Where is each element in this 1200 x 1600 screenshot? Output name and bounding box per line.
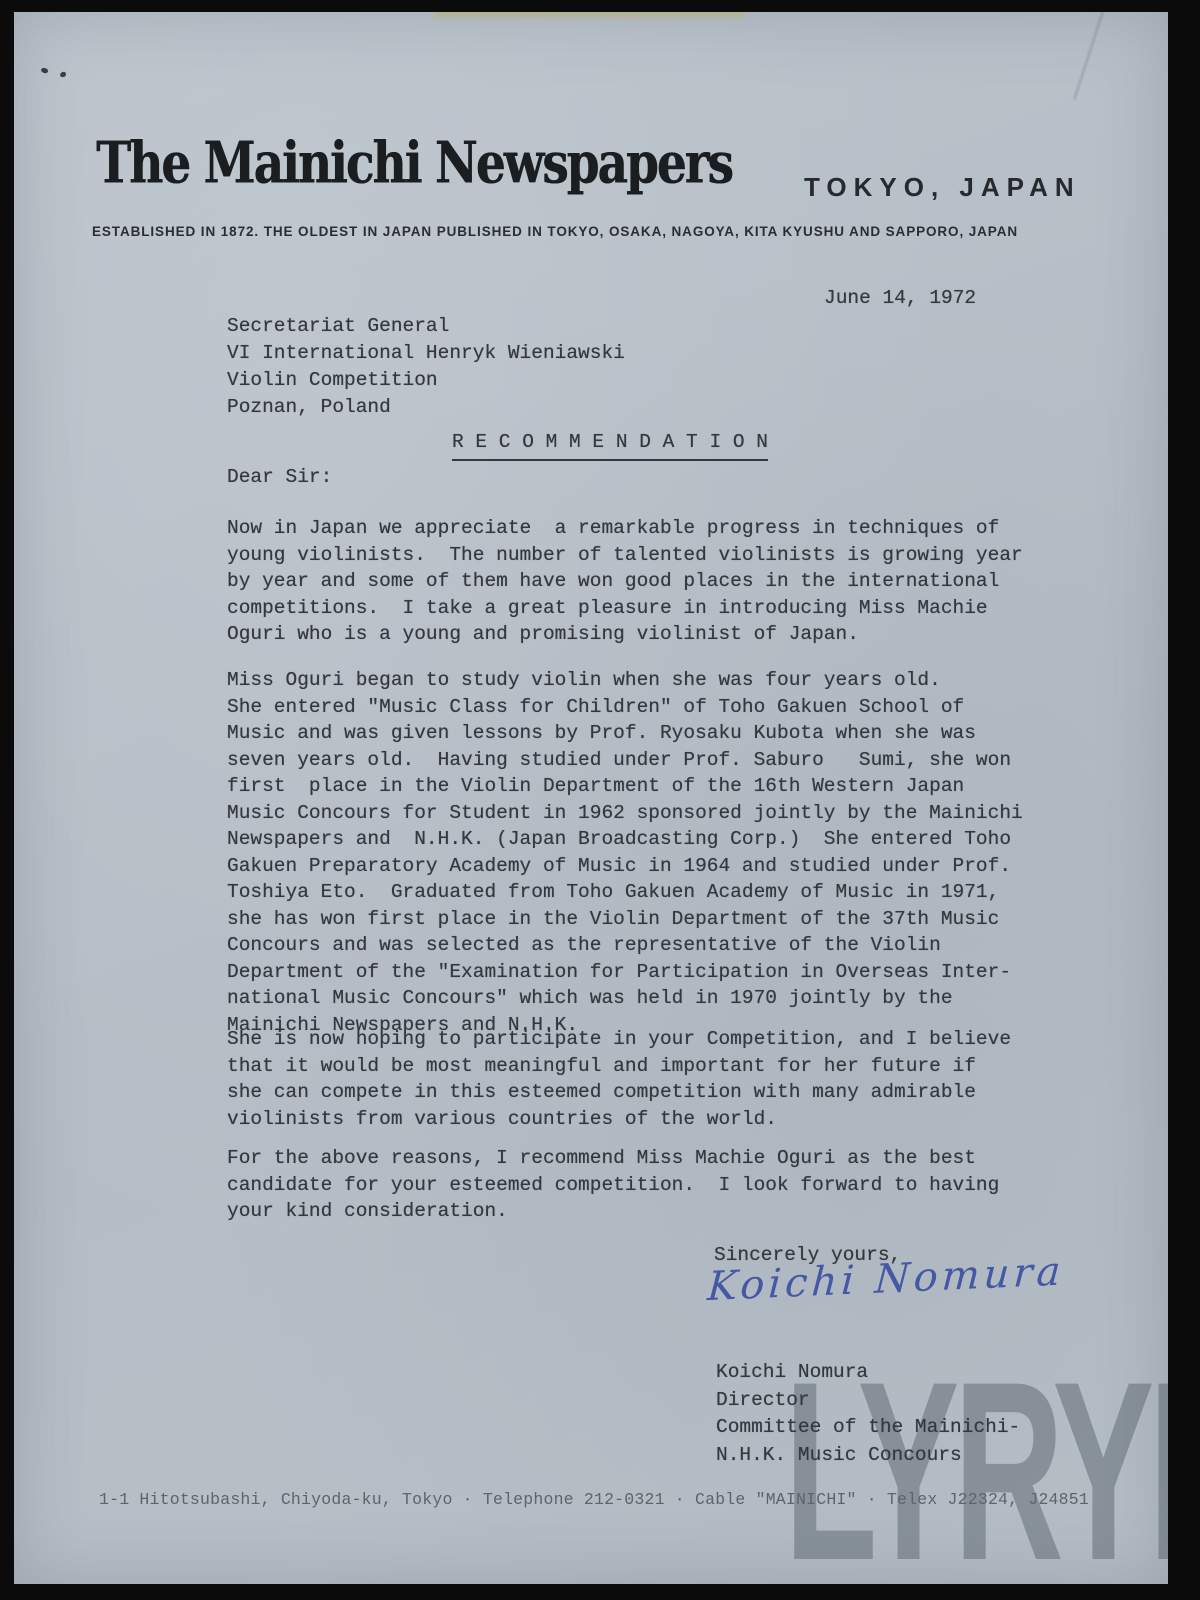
letter-paragraph: She is now hoping to participate in your… bbox=[227, 1026, 1011, 1132]
ink-speck bbox=[59, 71, 66, 77]
paper-crease bbox=[1073, 12, 1168, 128]
letterhead-tagline: ESTABLISHED IN 1872. THE OLDEST IN JAPAN… bbox=[92, 224, 1018, 239]
letter-paragraph: Now in Japan we appreciate a remarkable … bbox=[227, 515, 1023, 648]
footer-address: 1-1 Hitotsubashi, Chiyoda-ku, Tokyo · Te… bbox=[99, 1489, 1089, 1511]
signer-details: Koichi Nomura Director Committee of the … bbox=[716, 1359, 1020, 1469]
recommendation-heading: R E C O M M E N D A T I O N bbox=[452, 429, 768, 461]
salutation: Dear Sir: bbox=[227, 464, 332, 491]
letter-date: June 14, 1972 bbox=[824, 285, 976, 312]
paper-smudge bbox=[434, 12, 744, 17]
letterhead-name: The Mainichi Newspapers bbox=[96, 130, 732, 197]
ink-speck bbox=[40, 67, 48, 74]
recipient-address: Secretariat General VI International Hen… bbox=[227, 313, 625, 421]
scan-background: LYRYL The Mainichi Newspapers TOKYO, JAP… bbox=[0, 0, 1200, 1600]
letterhead-location: TOKYO, JAPAN bbox=[804, 172, 1081, 203]
letter-paragraph: For the above reasons, I recommend Miss … bbox=[227, 1145, 999, 1225]
letter-paragraph: Miss Oguri began to study violin when sh… bbox=[227, 667, 1023, 1038]
letter-paper: LYRYL The Mainichi Newspapers TOKYO, JAP… bbox=[14, 12, 1168, 1584]
